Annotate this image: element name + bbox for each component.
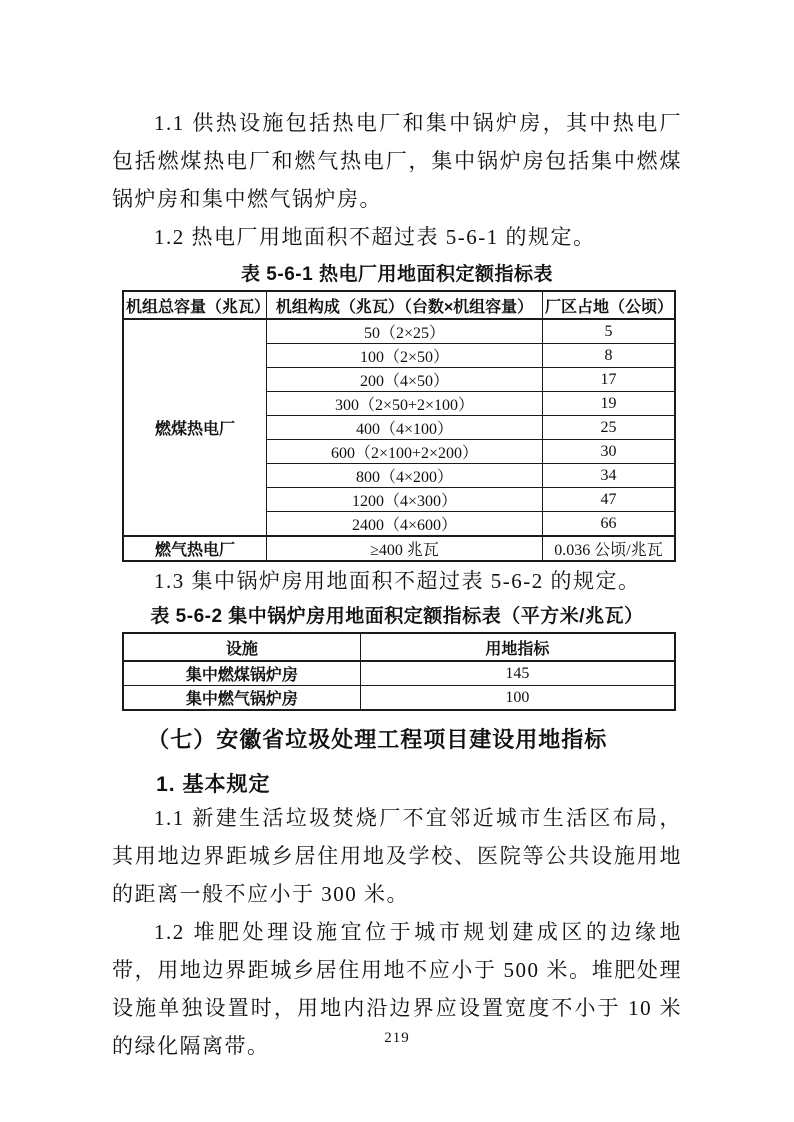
cell-composition: 1200（4×300） bbox=[267, 488, 543, 512]
cell-area: 0.036 公顷/兆瓦 bbox=[543, 536, 675, 561]
cell-area: 25 bbox=[543, 416, 675, 440]
cell-area: 19 bbox=[543, 392, 675, 416]
cell-gas-group-label: 燃气热电厂 bbox=[123, 536, 267, 561]
header-unit-composition: 机组构成（兆瓦）（台数×机组容量） bbox=[267, 291, 543, 319]
cell-area: 30 bbox=[543, 440, 675, 464]
table-5-6-1-title: 表 5-6-1 热电厂用地面积定额指标表 bbox=[112, 262, 682, 288]
table-header-row: 设施 用地指标 bbox=[123, 633, 675, 661]
cell-composition: 600（2×100+2×200） bbox=[267, 440, 543, 464]
paragraph-heating-1-3: 1.3 集中锅炉房用地面积不超过表 5-6-2 的规定。 bbox=[112, 562, 682, 600]
cell-area: 5 bbox=[543, 319, 675, 344]
table-row: 燃煤热电厂 50（2×25） 5 bbox=[123, 319, 675, 344]
cell-composition: 2400（4×600） bbox=[267, 512, 543, 537]
cell-area: 66 bbox=[543, 512, 675, 537]
header-plant-area: 厂区占地（公顷） bbox=[543, 291, 675, 319]
table-row-gas-plant: 燃气热电厂 ≥400 兆瓦 0.036 公顷/兆瓦 bbox=[123, 536, 675, 561]
cell-composition: 300（2×50+2×100） bbox=[267, 392, 543, 416]
cell-composition: 400（4×100） bbox=[267, 416, 543, 440]
cell-facility: 集中燃气锅炉房 bbox=[123, 686, 360, 711]
cell-area: 8 bbox=[543, 344, 675, 368]
table-row: 集中燃气锅炉房 100 bbox=[123, 686, 675, 711]
cell-coal-group-label: 燃煤热电厂 bbox=[123, 319, 267, 536]
cell-land-index: 100 bbox=[360, 686, 675, 711]
cell-composition: 100（2×50） bbox=[267, 344, 543, 368]
table-5-6-1: 机组总容量（兆瓦） 机组构成（兆瓦）（台数×机组容量） 厂区占地（公顷） 燃煤热… bbox=[122, 290, 676, 562]
paragraph-heating-1-1: 1.1 供热设施包括热电厂和集中锅炉房，其中热电厂包括燃煤热电厂和燃气热电厂，集… bbox=[112, 104, 682, 218]
cell-composition: 50（2×25） bbox=[267, 319, 543, 344]
section-heading-waste-treatment: （七）安徽省垃圾处理工程项目建设用地指标 bbox=[112, 725, 682, 755]
paragraph-waste-1-1: 1.1 新建生活垃圾焚烧厂不宜邻近城市生活区布局，其用地边界距城乡居住用地及学校… bbox=[112, 799, 682, 913]
header-facility: 设施 bbox=[123, 633, 360, 661]
table-5-6-2-title: 表 5-6-2 集中锅炉房用地面积定额指标表（平方米/兆瓦） bbox=[112, 604, 682, 630]
table-header-row: 机组总容量（兆瓦） 机组构成（兆瓦）（台数×机组容量） 厂区占地（公顷） bbox=[123, 291, 675, 319]
header-land-index: 用地指标 bbox=[360, 633, 675, 661]
cell-area: 34 bbox=[543, 464, 675, 488]
cell-area: 17 bbox=[543, 368, 675, 392]
table-5-6-2: 设施 用地指标 集中燃煤锅炉房 145 集中燃气锅炉房 100 bbox=[122, 632, 676, 711]
cell-composition: 800（4×200） bbox=[267, 464, 543, 488]
table-row: 集中燃煤锅炉房 145 bbox=[123, 661, 675, 686]
cell-composition: ≥400 兆瓦 bbox=[267, 536, 543, 561]
page-content: 1.1 供热设施包括热电厂和集中锅炉房，其中热电厂包括燃煤热电厂和燃气热电厂，集… bbox=[112, 104, 682, 1065]
paragraph-heating-1-2: 1.2 热电厂用地面积不超过表 5-6-1 的规定。 bbox=[112, 218, 682, 256]
header-unit-total-capacity: 机组总容量（兆瓦） bbox=[123, 291, 267, 319]
cell-composition: 200（4×50） bbox=[267, 368, 543, 392]
document-page: 1.1 供热设施包括热电厂和集中锅炉房，其中热电厂包括燃煤热电厂和燃气热电厂，集… bbox=[0, 0, 794, 1122]
cell-land-index: 145 bbox=[360, 661, 675, 686]
sub-heading-basic-rules: 1. 基本规定 bbox=[112, 771, 682, 799]
cell-facility: 集中燃煤锅炉房 bbox=[123, 661, 360, 686]
page-number: 219 bbox=[0, 1030, 794, 1047]
cell-area: 47 bbox=[543, 488, 675, 512]
